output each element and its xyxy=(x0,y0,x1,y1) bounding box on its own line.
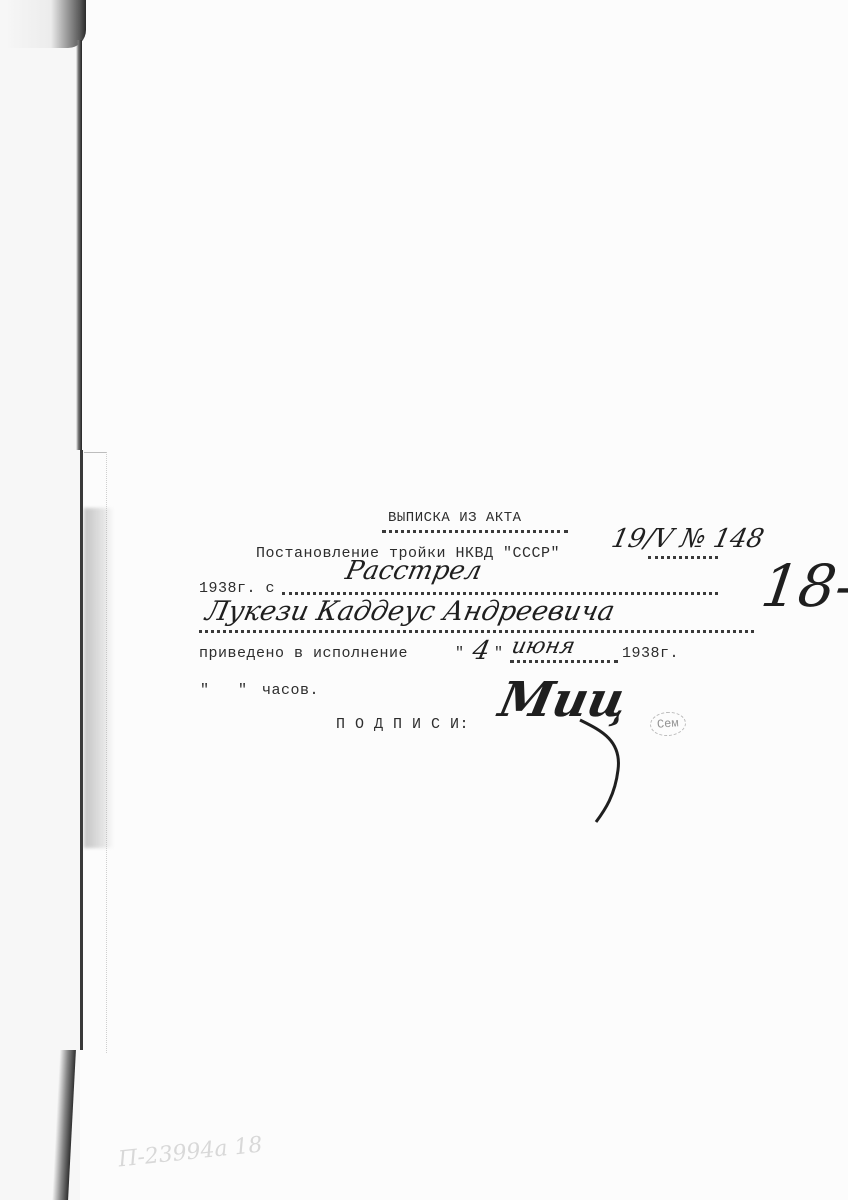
resolution-number-handwritten: 19/V № 148 xyxy=(609,524,767,554)
margin-number-handwritten: 18- xyxy=(757,552,848,620)
executed-month-dots xyxy=(510,660,618,663)
left-binding-strip xyxy=(0,0,80,1200)
document-page: ВЫПИСКА ИЗ АКТА Постановление тройки НКВ… xyxy=(0,0,848,1200)
sentence-handwritten: Расстрел xyxy=(343,556,485,586)
binding-edge-upper xyxy=(76,40,82,450)
executed-month-handwritten: июня xyxy=(509,634,577,659)
person-name-handwritten: Лукези Каддеус Андреевича xyxy=(203,596,618,627)
binding-edge-middle xyxy=(80,450,83,1050)
executed-day-open-quote: " xyxy=(455,645,465,662)
executed-label: приведено в исполнение xyxy=(199,645,408,662)
signatures-label: П О Д П И С И: xyxy=(336,716,469,733)
year-prefix: 1938г. с xyxy=(199,580,275,597)
name-dots xyxy=(199,630,754,633)
hours-quotes: " " xyxy=(200,682,248,699)
executed-year: 1938г. xyxy=(622,645,679,662)
faded-stamp: Сем xyxy=(649,711,686,737)
hours-label: часов. xyxy=(262,682,319,699)
sentence-dots xyxy=(282,592,718,595)
document-title: ВЫПИСКА ИЗ АКТА xyxy=(388,510,522,526)
executed-day-close-quote: " xyxy=(494,645,504,662)
resolution-dots xyxy=(648,556,718,559)
binding-top-shadow xyxy=(8,0,86,48)
title-underline-dots xyxy=(382,530,568,533)
signature-tail-stroke xyxy=(560,700,640,830)
archive-number-faint: П-23994а 18 xyxy=(117,1133,264,1173)
scan-smudge xyxy=(84,508,114,848)
executed-day-handwritten: 4 xyxy=(470,636,493,666)
